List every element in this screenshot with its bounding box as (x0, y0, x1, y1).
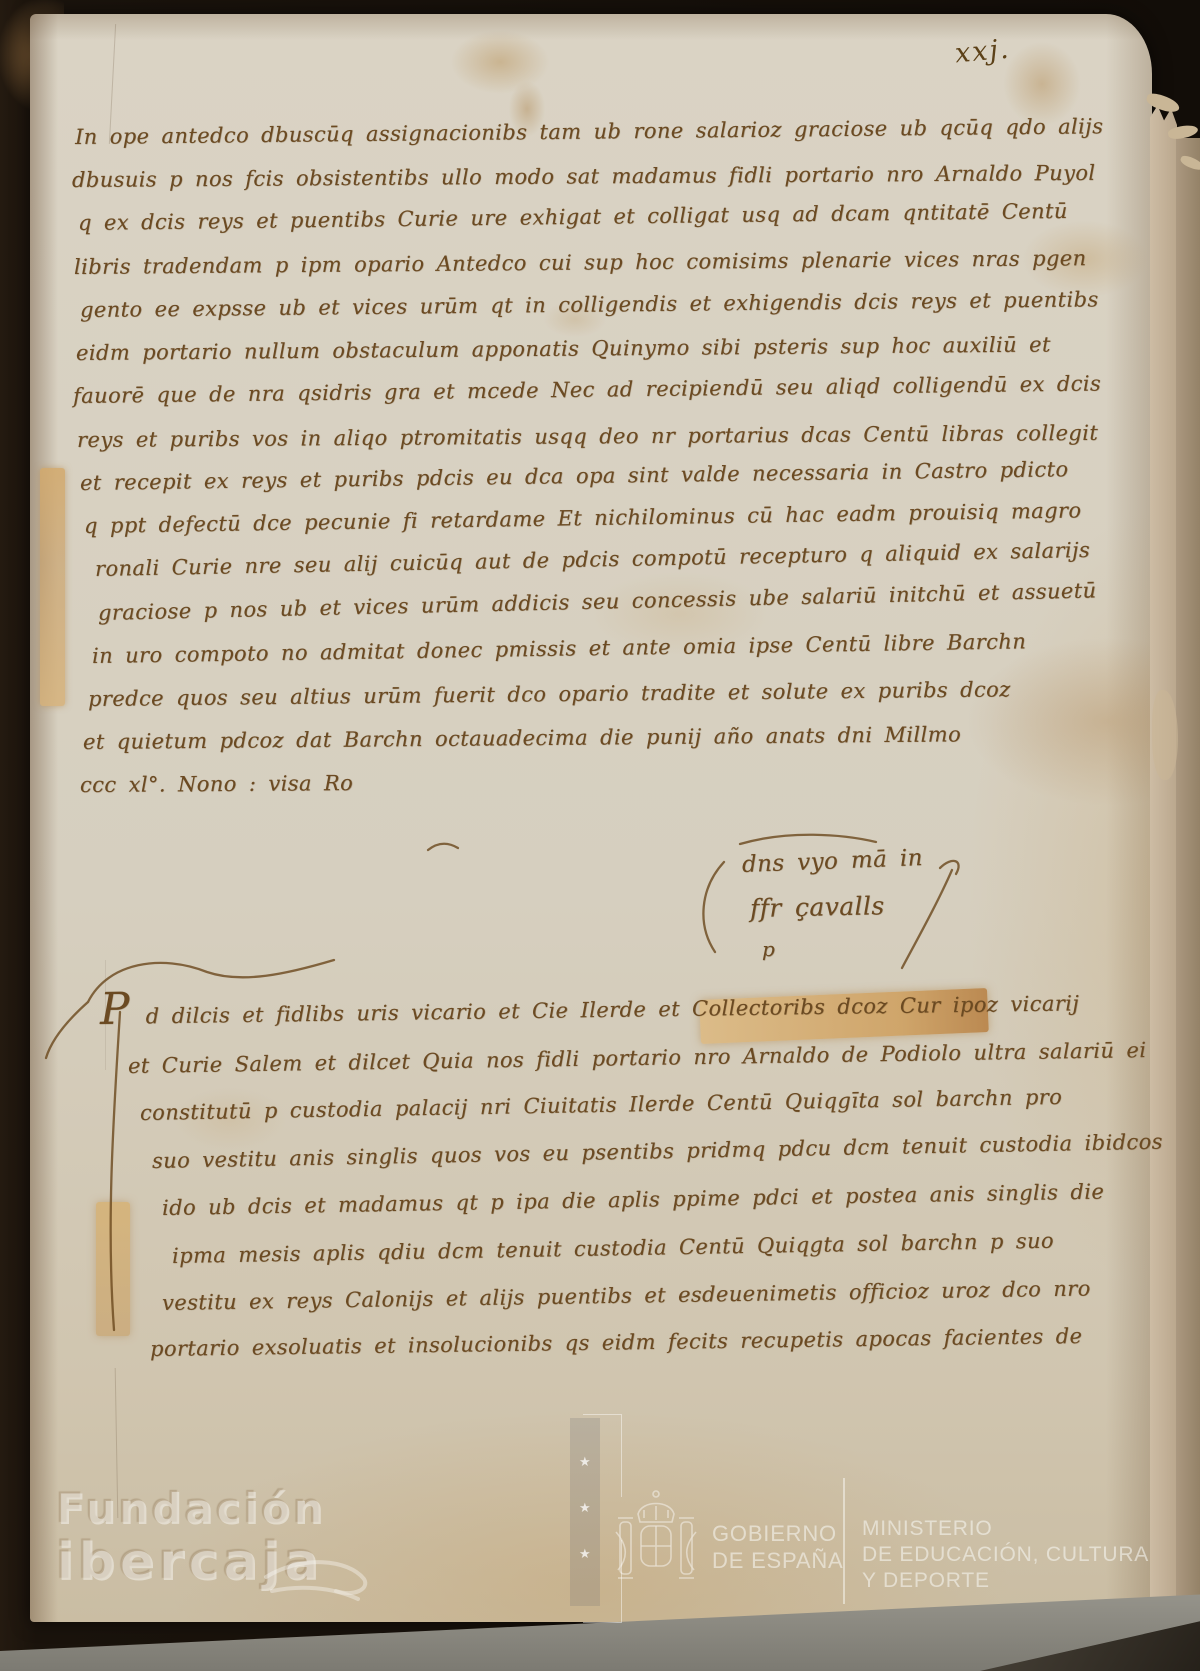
gobierno-line2: DE ESPAÑA (712, 1547, 844, 1574)
tape-stain-left (40, 468, 65, 706)
gobierno-line1: GOBIERNO (712, 1520, 844, 1547)
ministerio-line1: MINISTERIO (862, 1516, 1149, 1542)
logo-bracket (583, 1414, 622, 1497)
tape-stain-bottom-left (96, 1202, 130, 1336)
manuscript-line: ccc xl°. Nono : visa Ro (80, 770, 353, 798)
scribe-signature-mark: p (762, 936, 775, 962)
scanned-manuscript-photo: xxj. In ope antedco dbuscūq assignacioni… (0, 0, 1200, 1671)
ministerio-label: MINISTERIO DE EDUCACIÓN, CULTURA Y DEPOR… (862, 1516, 1149, 1594)
scribe-signature-name: ffr çavalls (750, 893, 885, 922)
ministerio-line2: DE EDUCACIÓN, CULTURA (862, 1542, 1149, 1568)
ministerio-line3: Y DEPORTE (862, 1568, 1149, 1594)
ibercaja-logo-swoosh-icon (262, 1545, 372, 1615)
page-fore-edge (1150, 104, 1177, 1604)
gobierno-de-espana-label: GOBIERNO DE ESPAÑA (712, 1520, 844, 1574)
logo-divider (843, 1478, 845, 1604)
folio-number: xxj. (954, 34, 1012, 70)
page-fore-edge (1176, 138, 1200, 1606)
watermark-fundacion: Fundación (56, 1484, 326, 1533)
spain-coat-of-arms-icon (608, 1488, 704, 1600)
star-icon: ★ (579, 1500, 591, 1516)
